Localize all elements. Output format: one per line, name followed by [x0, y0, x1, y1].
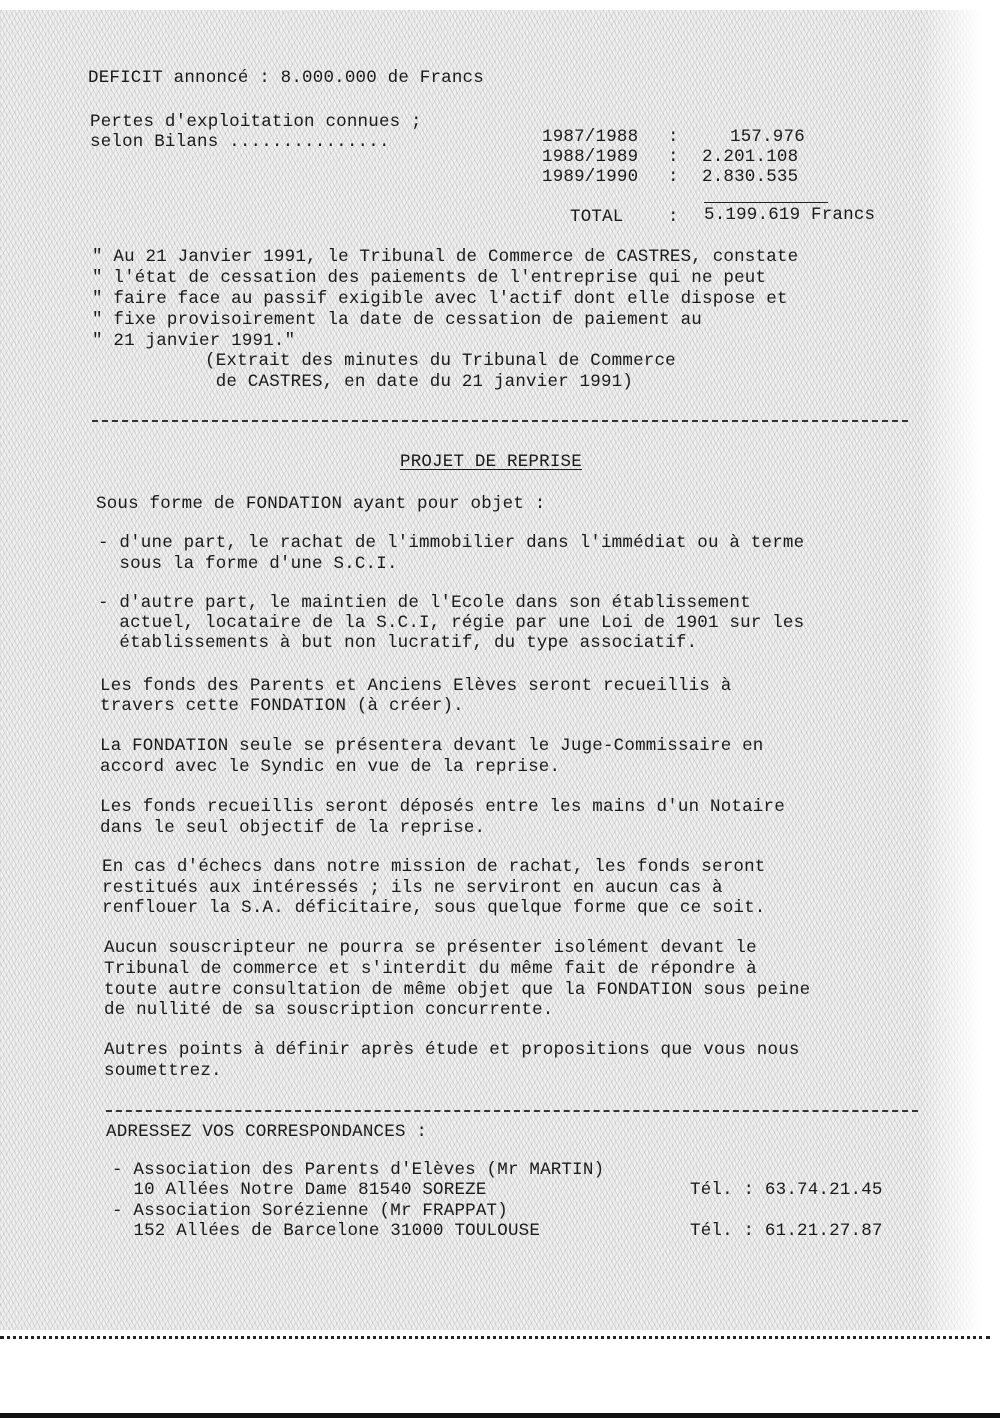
- total-sep: :: [668, 207, 679, 228]
- paragraph-line: restitués aux intéressés ; ils ne servir…: [102, 878, 723, 899]
- quote-line: " l'état de cessation des paiements de l…: [92, 268, 766, 289]
- paragraph-line: En cas d'échecs dans notre mission de ra…: [102, 857, 766, 878]
- losses-label-2: selon Bilans ...............: [90, 132, 390, 153]
- loss-sep: :: [668, 127, 679, 148]
- paragraph-line: accord avec le Syndic en vue de la repri…: [100, 757, 560, 778]
- contact-org: - Association des Parents d'Elèves (Mr M…: [112, 1160, 604, 1181]
- deficit-line: DEFICIT annoncé : 8.000.000 de Francs: [88, 68, 484, 89]
- quote-line: " Au 21 Janvier 1991, le Tribunal de Com…: [92, 247, 798, 268]
- bullet-line: sous la forme d'une S.C.I.: [98, 554, 398, 575]
- paragraph-line: Aucun souscripteur ne pourra se présente…: [104, 938, 757, 959]
- projet-intro: Sous forme de FONDATION ayant pour objet…: [96, 494, 545, 515]
- section-divider: [106, 1110, 918, 1112]
- loss-sep: :: [668, 167, 679, 188]
- bullet-line: - d'une part, le rachat de l'immobilier …: [98, 533, 804, 554]
- paragraph-line: Autres points à définir après étude et p…: [104, 1040, 800, 1061]
- contact-phone: Tél. : 61.21.27.87: [690, 1221, 883, 1242]
- contact-org: - Association Sorézienne (Mr FRAPPAT): [112, 1201, 508, 1222]
- contact-phone: Tél. : 63.74.21.45: [690, 1180, 883, 1201]
- paragraph-line: Les fonds des Parents et Anciens Elèves …: [100, 676, 731, 697]
- loss-amount: 2.201.108: [702, 147, 798, 168]
- contact-address: 10 Allées Notre Dame 81540 SOREZE: [112, 1180, 487, 1201]
- loss-period: 1988/1989: [542, 147, 638, 168]
- paragraph-line: de nullité de sa souscription concurrent…: [104, 1000, 553, 1021]
- paragraph-line: travers cette FONDATION (à créer).: [100, 696, 464, 717]
- paragraph-line: soumettrez.: [104, 1061, 222, 1082]
- total-label: TOTAL: [570, 207, 624, 228]
- quote-source: de CASTRES, en date du 21 janvier 1991): [205, 372, 633, 393]
- section-title: PROJET DE REPRISE: [400, 452, 582, 473]
- bullet-line: établissements à but non lucratif, du ty…: [98, 633, 697, 654]
- bullet-line: actuel, locataire de la S.C.I, régie par…: [98, 613, 804, 634]
- scan-edge: [0, 1413, 1000, 1418]
- sum-rule: [704, 202, 828, 203]
- quote-source: (Extrait des minutes du Tribunal de Comm…: [205, 351, 676, 372]
- loss-period: 1987/1988: [542, 127, 638, 148]
- quote-line: " faire face au passif exigible avec l'a…: [92, 289, 788, 310]
- quote-line: " fixe provisoirement la date de cessati…: [92, 310, 702, 331]
- total-value: 5.199.619 Francs: [704, 205, 875, 226]
- paragraph-line: Tribunal de commerce et s'interdit du mê…: [104, 959, 757, 980]
- paragraph-line: La FONDATION seule se présentera devant …: [100, 736, 764, 757]
- paragraph-line: renflouer la S.A. déficitaire, sous quel…: [102, 898, 766, 919]
- section-divider: [92, 420, 908, 422]
- losses-label-1: Pertes d'exploitation connues ;: [90, 112, 422, 133]
- loss-amount: 2.830.535: [702, 167, 798, 188]
- paragraph-line: Les fonds recueillis seront déposés entr…: [100, 797, 785, 818]
- page-cut-line: [0, 1336, 990, 1339]
- paragraph-line: toute autre consultation de même objet q…: [104, 980, 810, 1001]
- loss-period: 1989/1990: [542, 167, 638, 188]
- quote-line: " 21 janvier 1991.": [92, 331, 295, 352]
- correspondance-heading: ADRESSEZ VOS CORRESPONDANCES :: [106, 1122, 427, 1143]
- bullet-line: - d'autre part, le maintien de l'Ecole d…: [98, 593, 751, 614]
- paragraph-line: dans le seul objectif de la reprise.: [100, 818, 485, 839]
- loss-sep: :: [668, 147, 679, 168]
- contact-address: 152 Allées de Barcelone 31000 TOULOUSE: [112, 1221, 540, 1242]
- loss-amount: 157.976: [730, 127, 805, 148]
